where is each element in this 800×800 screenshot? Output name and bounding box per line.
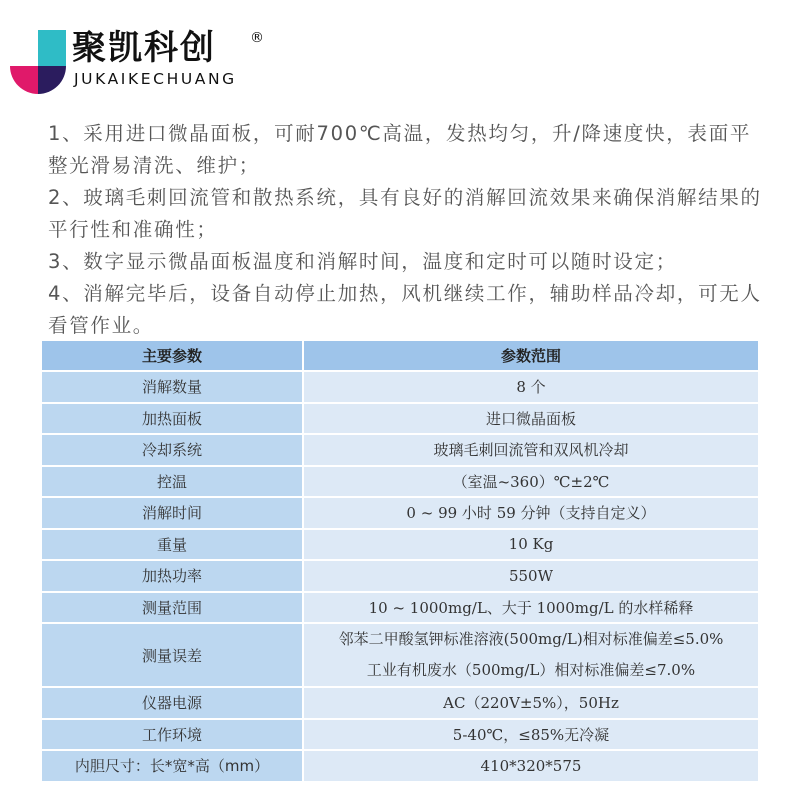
brand-logo: 聚凯科创 ® JUKAIKECHUANG — [10, 28, 270, 94]
column-header-range: 参数范围 — [304, 341, 758, 372]
value-cell: 玻璃毛刺回流管和双风机冷却 — [304, 435, 758, 467]
value-cell: AC（220V±5%），50Hz — [304, 688, 758, 720]
value-cell: （室温~360）℃±2℃ — [304, 467, 758, 499]
table-row: 冷却系统 玻璃毛刺回流管和双风机冷却 — [42, 435, 758, 467]
table-row: 测量范围 10 ~ 1000mg/L、大于 1000mg/L 的水样稀释 — [42, 593, 758, 625]
value-cell: 550W — [304, 561, 758, 593]
value-line: 邻苯二甲酸氢钾标准溶液(500mg/L)相对标准偏差≤5.0% — [304, 624, 758, 655]
param-cell: 控温 — [42, 467, 304, 499]
value-cell: 0 ~ 99 小时 59 分钟（支持自定义） — [304, 498, 758, 530]
value-cell: 进口微晶面板 — [304, 404, 758, 436]
value-cell: 410*320*575 — [304, 751, 758, 783]
table-row: 工作环境 5-40℃，≤85%无冷凝 — [42, 720, 758, 752]
brand-name-en: JUKAIKECHUANG — [74, 70, 237, 88]
table-row: 仪器电源 AC（220V±5%），50Hz — [42, 688, 758, 720]
feature-item: 4、消解完毕后，设备自动停止加热，风机继续工作，辅助样品冷却，可无人看管作业。 — [48, 278, 768, 342]
table-row: 测量误差 邻苯二甲酸氢钾标准溶液(500mg/L)相对标准偏差≤5.0% 工业有… — [42, 624, 758, 688]
table-row: 消解数量 8 个 — [42, 372, 758, 404]
brand-name-cn: 聚凯科创 — [72, 28, 216, 68]
logo-j-icon — [10, 28, 66, 92]
column-header-param: 主要参数 — [42, 341, 304, 372]
table-header-row: 主要参数 参数范围 — [42, 341, 758, 372]
table-row: 内胆尺寸：长*宽*高（mm） 410*320*575 — [42, 751, 758, 783]
param-cell: 加热功率 — [42, 561, 304, 593]
logo-purple-quarter — [38, 66, 66, 94]
param-cell: 消解时间 — [42, 498, 304, 530]
value-cell: 5-40℃，≤85%无冷凝 — [304, 720, 758, 752]
param-cell: 测量范围 — [42, 593, 304, 625]
feature-item: 3、数字显示微晶面板温度和消解时间，温度和定时可以随时设定； — [48, 246, 768, 278]
param-cell: 测量误差 — [42, 624, 304, 688]
param-cell: 加热面板 — [42, 404, 304, 436]
value-cell: 10 ~ 1000mg/L、大于 1000mg/L 的水样稀释 — [304, 593, 758, 625]
table-row: 重量 10 Kg — [42, 530, 758, 562]
value-cell: 8 个 — [304, 372, 758, 404]
param-cell: 冷却系统 — [42, 435, 304, 467]
value-cell: 邻苯二甲酸氢钾标准溶液(500mg/L)相对标准偏差≤5.0% 工业有机废水（5… — [304, 624, 758, 688]
param-cell: 重量 — [42, 530, 304, 562]
spec-table: 主要参数 参数范围 消解数量 8 个 加热面板 进口微晶面板 冷却系统 玻璃毛刺… — [42, 341, 758, 783]
param-cell: 仪器电源 — [42, 688, 304, 720]
logo-teal-block — [38, 30, 66, 66]
table-row: 消解时间 0 ~ 99 小时 59 分钟（支持自定义） — [42, 498, 758, 530]
registered-mark-icon: ® — [250, 30, 264, 46]
logo-pink-quarter — [10, 66, 38, 94]
param-cell: 消解数量 — [42, 372, 304, 404]
param-cell: 工作环境 — [42, 720, 304, 752]
param-cell: 内胆尺寸：长*宽*高（mm） — [42, 751, 304, 783]
feature-item: 2、玻璃毛刺回流管和散热系统，具有良好的消解回流效果来确保消解结果的平行性和准确… — [48, 182, 768, 246]
table-row: 控温 （室温~360）℃±2℃ — [42, 467, 758, 499]
value-line: 工业有机废水（500mg/L）相对标准偏差≤7.0% — [304, 655, 758, 686]
table-row: 加热面板 进口微晶面板 — [42, 404, 758, 436]
feature-list: 1、采用进口微晶面板，可耐700℃高温，发热均匀，升/降速度快，表面平整光滑易清… — [48, 118, 768, 342]
feature-item: 1、采用进口微晶面板，可耐700℃高温，发热均匀，升/降速度快，表面平整光滑易清… — [48, 118, 768, 182]
value-cell: 10 Kg — [304, 530, 758, 562]
table-row: 加热功率 550W — [42, 561, 758, 593]
